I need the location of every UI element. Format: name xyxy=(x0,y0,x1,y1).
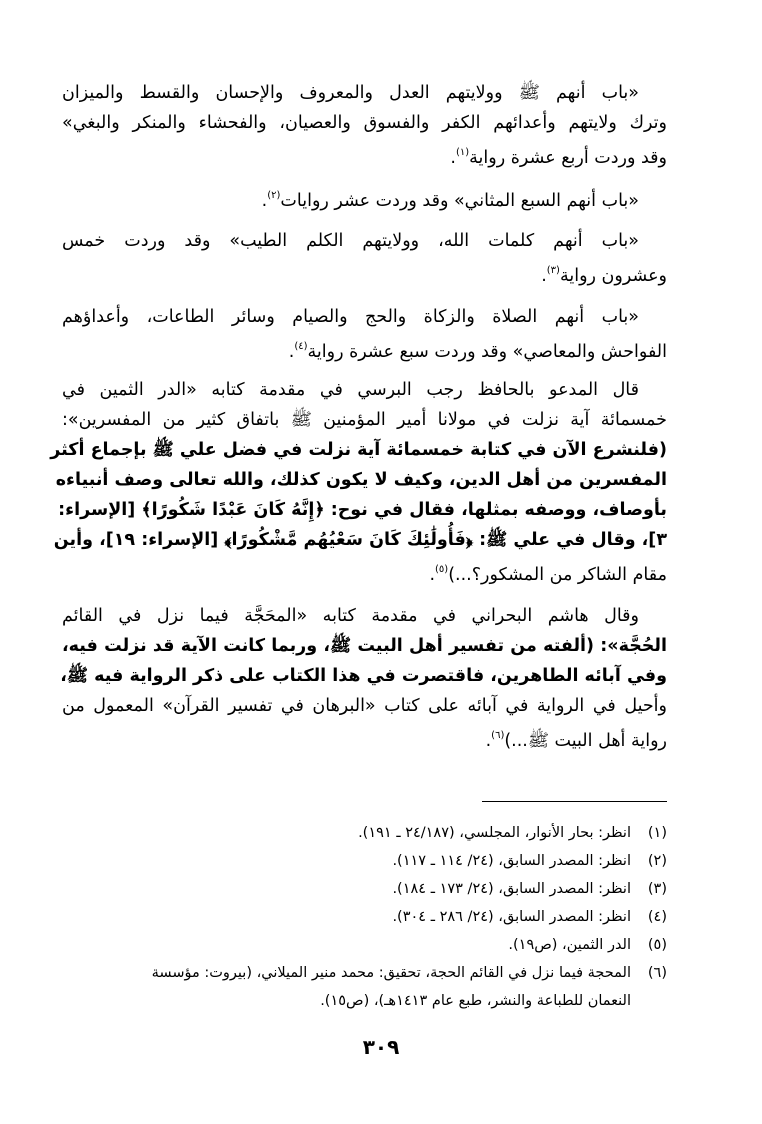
footnote-text: انظر: المصدر السابق، (٢٤/ ٢٨٦ ـ ٣٠٤). xyxy=(392,909,631,925)
footnote-ref: (٣) xyxy=(547,265,560,276)
body-line: وقال هاشم البحراني في مقدمة كتابه «المحَ… xyxy=(62,601,667,631)
footnote-text: انظر: بحار الأنوار، المجلسي، (٢٤/١٨٧ ـ ١… xyxy=(358,825,631,841)
footnote-text: المحجة فيما نزل في القائم الحجة، تحقيق: … xyxy=(152,965,631,981)
footnote-text: انظر: المصدر السابق، (٢٤/ ١٧٣ ـ ١٨٤). xyxy=(392,881,631,897)
body-line-text: وقد وردت أربع عشرة رواية xyxy=(469,148,667,168)
body-line: «باب أنهم السبع المثاني» وقد وردت عشر رو… xyxy=(62,181,667,211)
footnote-item: (٥)الدر الثمين، (ص١٩). xyxy=(62,931,667,959)
footnote-ref: (٢) xyxy=(267,190,280,201)
footnote-number: (٥) xyxy=(631,931,667,959)
footnote-number: (١) xyxy=(631,819,667,847)
footnote-ref: (١) xyxy=(456,147,469,158)
footnote-item: (٣)انظر: المصدر السابق، (٢٤/ ١٧٣ ـ ١٨٤). xyxy=(62,875,667,903)
body-line: «باب أنهم كلمات الله، وولايتهم الكلم الط… xyxy=(62,226,667,256)
footnote-ref: (٦) xyxy=(491,730,504,741)
footnote-continuation: النعمان للطباعة والنشر، طبع عام ١٤١٣هـ)،… xyxy=(62,987,667,1015)
footnote-item: (٢)انظر: المصدر السابق، (٢٤/ ١١٤ ـ ١١٧). xyxy=(62,847,667,875)
footnote-item: (٤)انظر: المصدر السابق، (٢٤/ ٢٨٦ ـ ٣٠٤). xyxy=(62,903,667,931)
body-line: وأحيل في الرواية في آبائه على كتاب «البر… xyxy=(62,691,667,721)
body-line: الفواحش والمعاصي» وقد وردت سبع عشرة رواي… xyxy=(62,332,667,362)
footnote-ref: (٥) xyxy=(435,564,448,575)
body-line-text: مقام الشاكر من المشكور؟...) xyxy=(448,565,667,585)
body-line: وقد وردت أربع عشرة رواية(١). xyxy=(62,138,667,168)
body-line-quote: وفي آبائه الطاهرين، فاقتصرت في هذا الكتا… xyxy=(62,661,667,691)
footnote-number: (٤) xyxy=(631,903,667,931)
footnote-text: انظر: المصدر السابق، (٢٤/ ١١٤ ـ ١١٧). xyxy=(392,853,631,869)
body-line: «باب أنهم ﷺ وولايتهم العدل والمعروف والإ… xyxy=(62,78,667,108)
page-number: ٣٠٩ xyxy=(0,1035,762,1059)
footnote-ref: (٤) xyxy=(294,341,307,352)
body-line-quote: الحُجَّة»: (ألفته من تفسير أهل البيت ﷺ، … xyxy=(62,631,667,661)
body-line: وترك ولايتهم وأعدائهم الكفر والفسوق والع… xyxy=(62,108,667,138)
footnote-item: (٦)المحجة فيما نزل في القائم الحجة، تحقي… xyxy=(62,959,667,987)
body-line: رواية أهل البيت ﷺ...)(٦). xyxy=(62,721,667,751)
body-line: خمسمائة آية نزلت في مولانا أمير المؤمنين… xyxy=(62,405,667,435)
body-line: قال المدعو بالحافظ رجب البرسي في مقدمة ك… xyxy=(62,375,667,405)
body-line-quote: المفسرين من أهل الدين، وكيف لا يكون كذلك… xyxy=(62,465,667,495)
footnote-divider xyxy=(482,801,667,802)
body-line-text: رواية أهل البيت ﷺ...) xyxy=(504,731,667,751)
body-line-text: وعشرون رواية xyxy=(560,266,667,286)
footnote-number: (٣) xyxy=(631,875,667,903)
body-line-quote: ٣]، وقال في علي ﷺ: ﴿فَأُولَٰئِكَ كَانَ س… xyxy=(62,525,667,555)
footnote-text: الدر الثمين، (ص١٩). xyxy=(508,937,631,953)
body-line: مقام الشاكر من المشكور؟...)(٥). xyxy=(62,555,667,585)
footnote-number: (٦) xyxy=(631,959,667,987)
footnote-number: (٢) xyxy=(631,847,667,875)
body-line-text: الفواحش والمعاصي» وقد وردت سبع عشرة رواي… xyxy=(308,342,667,362)
footnote-item: (١)انظر: بحار الأنوار، المجلسي، (٢٤/١٨٧ … xyxy=(62,819,667,847)
body-line-text: «باب أنهم السبع المثاني» وقد وردت عشر رو… xyxy=(280,191,639,211)
body-line: وعشرون رواية(٣). xyxy=(62,256,667,286)
body-line-quote: (فلنشرع الآن في كتابة خمسمائة آية نزلت ف… xyxy=(62,435,667,465)
body-line-quote: بأوصاف، ووصفه بمثلها، فقال في نوح: ﴿إِنَ… xyxy=(62,495,667,525)
body-line: «باب أنهم الصلاة والزكاة والحج والصيام و… xyxy=(62,302,667,332)
